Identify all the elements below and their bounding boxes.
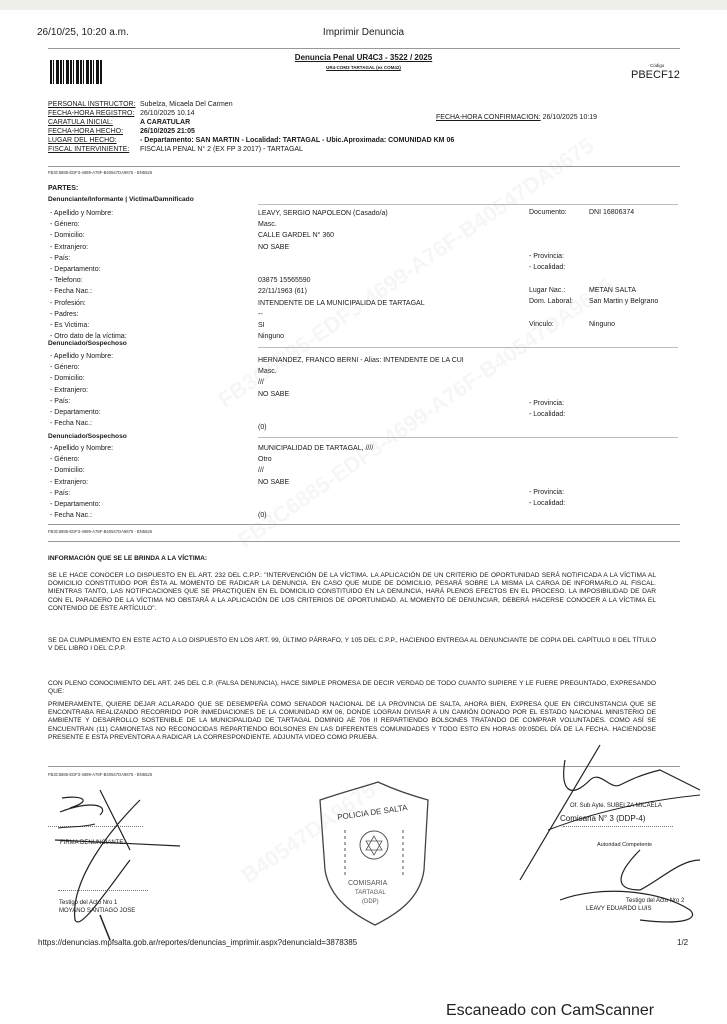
footer-url[interactable]: https://denuncias.mpfsalta.gob.ar/report… <box>38 938 357 947</box>
signature-line <box>563 826 673 827</box>
signature-officer-icon <box>0 0 727 1024</box>
comisaria-label: Comisaria N° 3 (DDP-4) <box>560 814 645 823</box>
testigo-2-label: Testigo del Acto Nro 2 <box>626 898 684 904</box>
page-number: 1/2 <box>677 938 688 947</box>
officer-name: Of. Sub Ayte. SUBELZA MICAELA <box>570 803 662 809</box>
camscanner-watermark: Escaneado con CamScanner <box>446 1002 654 1020</box>
autoridad-label: Autoridad Competente <box>597 842 652 848</box>
testigo-2-name: LEAVY EDUARDO LUIS <box>586 906 651 912</box>
